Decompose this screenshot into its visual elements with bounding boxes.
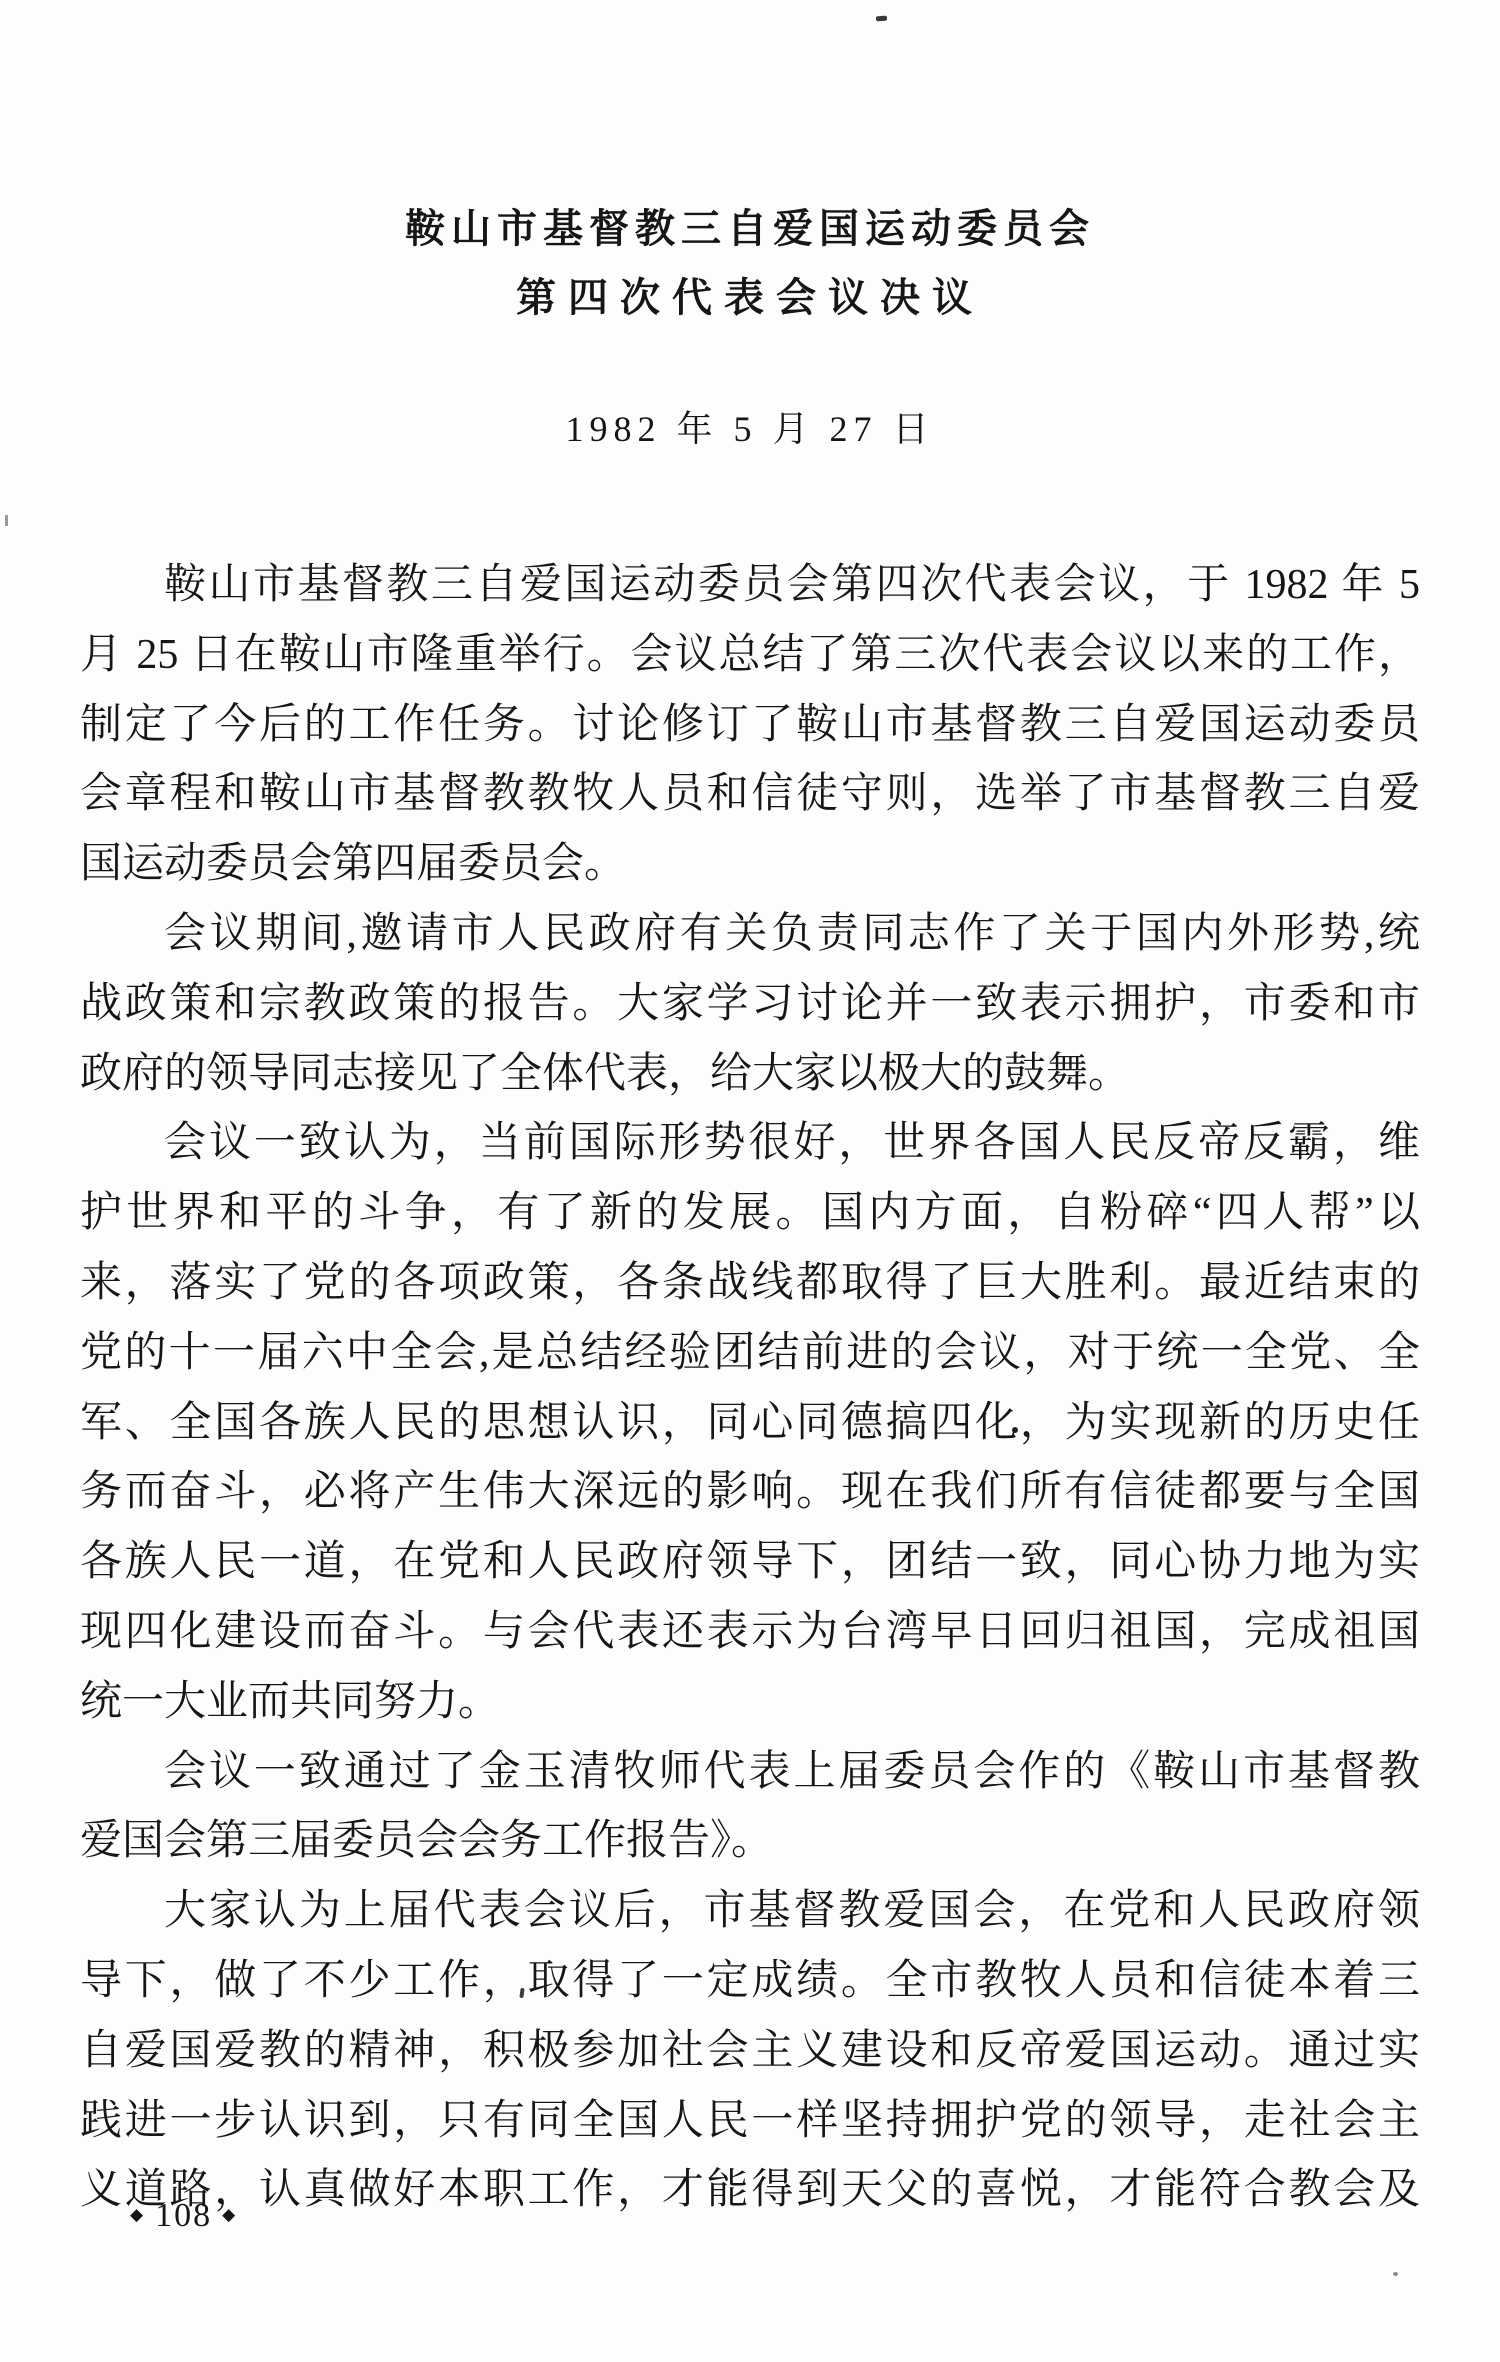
text-line: 自爱国爱教的精神，积极参加社会主义建设和反帝爱国运动。通过实	[80, 2017, 1420, 2087]
text-line: 护世界和平的斗争，有了新的发展。国内方面，自粉碎“四人帮”以	[80, 1179, 1420, 1249]
text-line: 来，落实了党的各项政策，各条战线都取得了巨大胜利。最近结束的	[80, 1249, 1420, 1319]
text-line: 爱国会第三届委员会会务工作报告》。	[80, 1807, 1420, 1877]
text-line: 会章程和鞍山市基督教教牧人员和信徒守则，选举了市基督教三自爱	[80, 760, 1420, 830]
page-number: 108	[155, 2197, 212, 2234]
scan-speck	[5, 515, 8, 526]
text-line: 鞍山市基督教三自爱国运动委员会第四次代表会议，于 1982 年 5	[80, 551, 1420, 621]
text-line: 义道路，认真做好本职工作，才能得到天父的喜悦，才能符合教会及	[80, 2156, 1420, 2226]
text-line: 务而奋斗，必将产生伟大深远的影响。现在我们所有信徒都要与全国	[80, 1458, 1420, 1528]
text-line: 现四化建设而奋斗。与会代表还表示为台湾早日回归祖国，完成祖国	[80, 1598, 1420, 1668]
text-line: 统一大业而共同努力。	[80, 1668, 1420, 1738]
text-line: 战政策和宗教政策的报告。大家学习讨论并一致表示拥护，市委和市	[80, 970, 1420, 1040]
scanned-document-page: 鞍山市基督教三自爱国运动委员会 第四次代表会议决议 1982 年 5 月 27 …	[0, 0, 1500, 2362]
document-title-line2: 第四次代表会议决议	[80, 272, 1420, 324]
document-date: 1982 年 5 月 27 日	[80, 406, 1420, 452]
text-line: 践进一步认识到，只有同全国人民一样坚持拥护党的领导，走社会主	[80, 2087, 1420, 2157]
document-body: 鞍山市基督教三自爱国运动委员会第四次代表会议，于 1982 年 5月 25 日在…	[80, 551, 1420, 2226]
page-footer: ◆108◆	[120, 2193, 247, 2237]
text-line: 制定了今后的工作任务。讨论修订了鞍山市基督教三自爱国运动委员	[80, 691, 1420, 761]
text-line: 会议一致认为，当前国际形势很好，世界各国人民反帝反霸，维	[80, 1109, 1420, 1179]
text-line: 会议一致通过了金玉清牧师代表上届委员会作的《鞍山市基督教	[80, 1738, 1420, 1808]
footer-ornament-left: ◆	[120, 2205, 155, 2224]
text-line: 军、全国各族人民的思想认识，同心同德搞四化，为实现新的历史任	[80, 1389, 1420, 1459]
text-line: 政府的领导同志接见了全体代表，给大家以极大的鼓舞。	[80, 1040, 1420, 1110]
footer-ornament-right: ◆	[212, 2205, 247, 2224]
text-line: 大家认为上届代表会议后，市基督教爱国会，在党和人民政府领	[80, 1877, 1420, 1947]
text-line: 各族人民一道，在党和人民政府领导下，团结一致，同心协力地为实	[80, 1528, 1420, 1598]
text-line: 月 25 日在鞍山市隆重举行。会议总结了第三次代表会议以来的工作，	[80, 621, 1420, 691]
text-line: 会议期间,邀请市人民政府有关负责同志作了关于国内外形势,统	[80, 900, 1420, 970]
text-line: 国运动委员会第四届委员会。	[80, 830, 1420, 900]
text-line: 导下，做了不少工作，取得了一定成绩。全市教牧人员和信徒本着三	[80, 1947, 1420, 2017]
scan-speck	[1393, 2272, 1398, 2276]
text-line: 党的十一届六中全会,是总结经验团结前进的会议，对于统一全党、全	[80, 1319, 1420, 1389]
scan-speck	[876, 16, 887, 22]
document-title-line1: 鞍山市基督教三自爱国运动委员会	[80, 203, 1420, 255]
